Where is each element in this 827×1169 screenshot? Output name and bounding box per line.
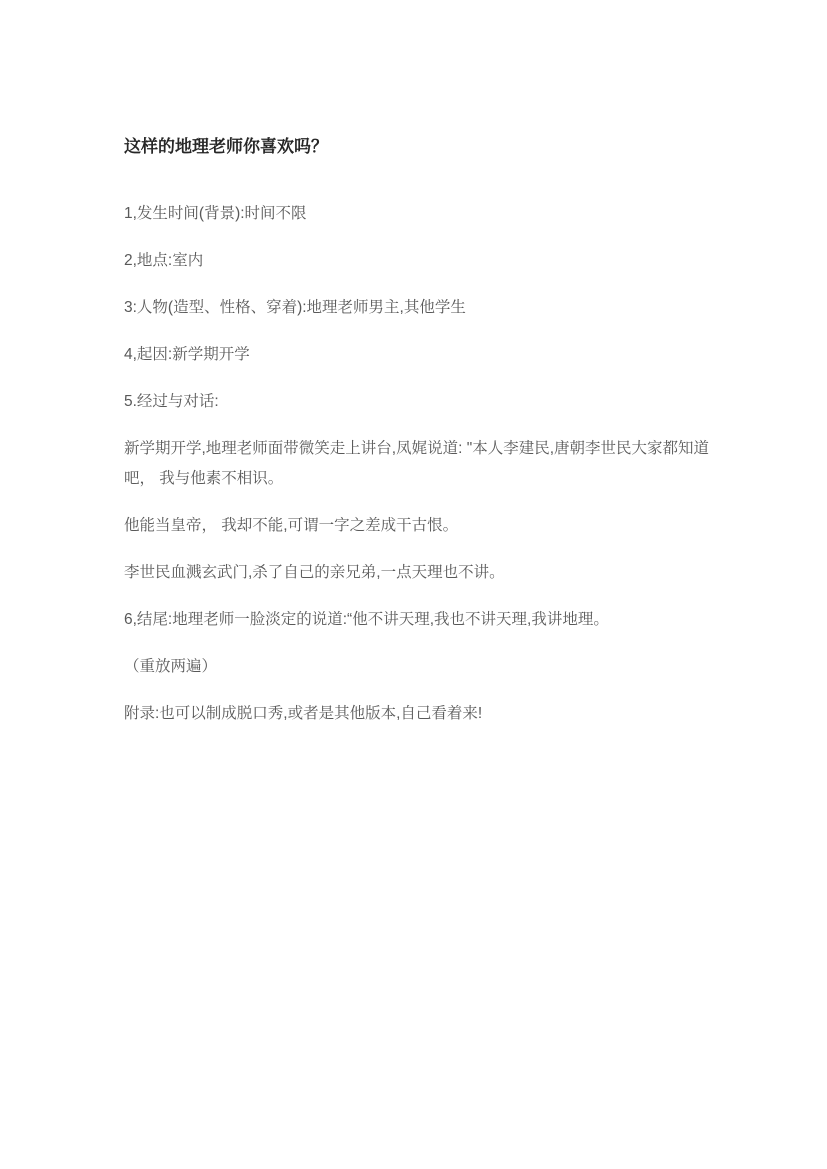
paragraph-dialogue-3: 李世民血溅玄武门,杀了自己的亲兄弟,一点天理也不讲。	[124, 558, 716, 588]
paragraph-ending: 6,结尾:地理老师一脸淡定的说道:“他不讲天理,我也不讲天理,我讲地理。	[124, 605, 716, 635]
paragraph-dialogue-2: 他能当皇帝， 我却不能,可谓一字之差成干古恨。	[124, 511, 716, 541]
paragraph-place: 2,地点:室内	[124, 246, 716, 276]
document-title: 这样的地理老师你喜欢吗？	[124, 135, 716, 159]
paragraph-time: 1,发生时间(背景):时间不限	[124, 199, 716, 229]
paragraph-process-heading: 5.经过与对话:	[124, 387, 716, 417]
paragraph-dialogue-1: 新学期开学,地理老师面带微笑走上讲台,凤娓说道: "本人李建民,唐朝李世民大家都…	[124, 434, 716, 494]
paragraph-appendix: 附录:也可以制成脱口秀,或者是其他版本,自己看着来!	[124, 699, 716, 729]
document-page: 这样的地理老师你喜欢吗？ 1,发生时间(背景):时间不限 2,地点:室内 3:人…	[124, 135, 716, 746]
paragraph-replay-note: （重放两遍）	[124, 652, 716, 682]
paragraph-cause: 4,起因:新学期开学	[124, 340, 716, 370]
paragraph-characters: 3:人物(造型、性格、穿着):地理老师男主,其他学生	[124, 293, 716, 323]
